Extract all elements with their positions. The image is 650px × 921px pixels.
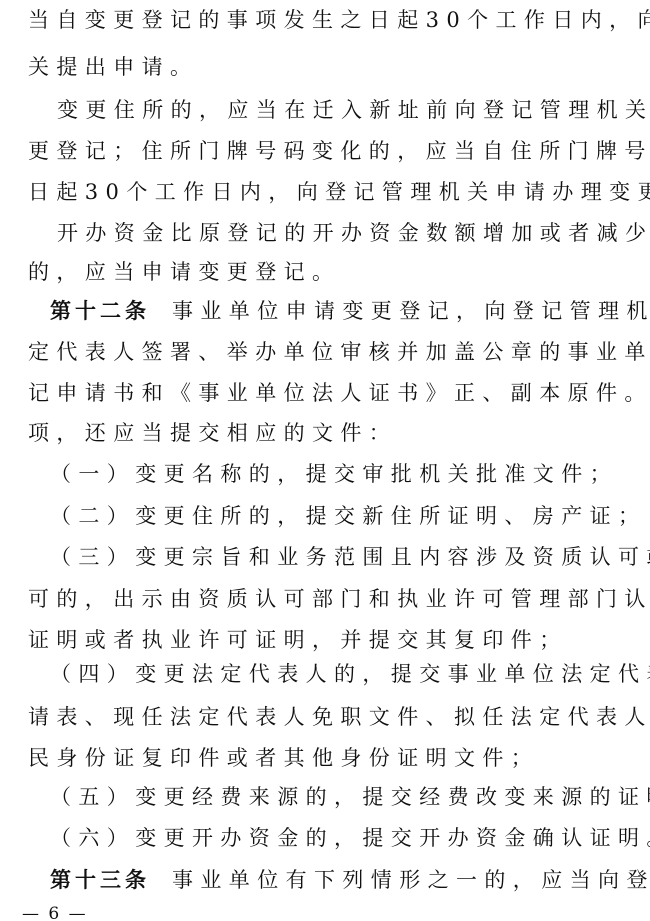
text-line: 项，还应当提交相应的文件：: [28, 418, 638, 448]
page-number: — 6 —: [22, 903, 88, 921]
article-12-heading: 第十二条: [50, 299, 150, 323]
text-line: 可的，出示由资质认可部门和执业许可管理部门认定的资质认可: [28, 584, 638, 614]
text-line: 证明或者执业许可证明，并提交其复印件；: [28, 625, 638, 655]
list-item-1: （一）变更名称的，提交审批机关批准文件；: [50, 459, 650, 489]
document-page: 当自变更登记的事项发生之日起30个工作日内，向登记管理机 关提出申请。 变更住所…: [0, 0, 650, 921]
text-line: 关提出申请。: [28, 52, 638, 82]
text-line: 日起30个工作日内，向登记管理机关申请办理变更登记。: [28, 177, 638, 207]
list-item-3: （三）变更宗旨和业务范围且内容涉及资质认可或者执业许: [50, 542, 650, 572]
text-line: 当自变更登记的事项发生之日起30个工作日内，向登记管理机: [28, 5, 638, 35]
text-line: 民身份证复印件或者其他身份证明文件；: [28, 743, 638, 773]
paragraph-address-change: 变更住所的，应当在迁入新址前向登记管理机关申请办理变: [57, 95, 650, 125]
article-13-heading: 第十三条: [50, 868, 150, 892]
text-line: 记申请书和《事业单位法人证书》正、副本原件。不同的变更事: [28, 378, 638, 408]
text-line: 的，应当申请变更登记。: [28, 257, 638, 287]
list-item-6: （六）变更开办资金的，提交开办资金确认证明。: [50, 823, 650, 853]
list-item-5: （五）变更经费来源的，提交经费改变来源的证明文件；: [50, 782, 650, 812]
list-item-2: （二）变更住所的，提交新住所证明、房产证；: [50, 501, 650, 531]
article-13: 第十三条事业单位有下列情形之一的，应当向登记管理机: [50, 865, 650, 895]
paragraph-capital-change: 开办资金比原登记的开办资金数额增加或者减少超过20%: [57, 218, 650, 248]
article-13-text: 事业单位有下列情形之一的，应当向登记管理机: [172, 868, 650, 892]
article-12: 第十二条事业单位申请变更登记，向登记管理机关提交法: [50, 296, 650, 326]
text-line: 请表、现任法定代表人免职文件、拟任法定代表人任职文件和居: [28, 702, 638, 732]
list-item-4: （四）变更法定代表人的，提交事业单位法定代表人登记申: [50, 659, 650, 689]
article-12-text: 事业单位申请变更登记，向登记管理机关提交法: [172, 299, 650, 323]
text-line: 更登记；住所门牌号码变化的，应当自住所门牌号码发生变化之: [28, 136, 638, 166]
text-line: 定代表人签署、举办单位审核并加盖公章的事业单位法人变更登: [28, 337, 638, 367]
